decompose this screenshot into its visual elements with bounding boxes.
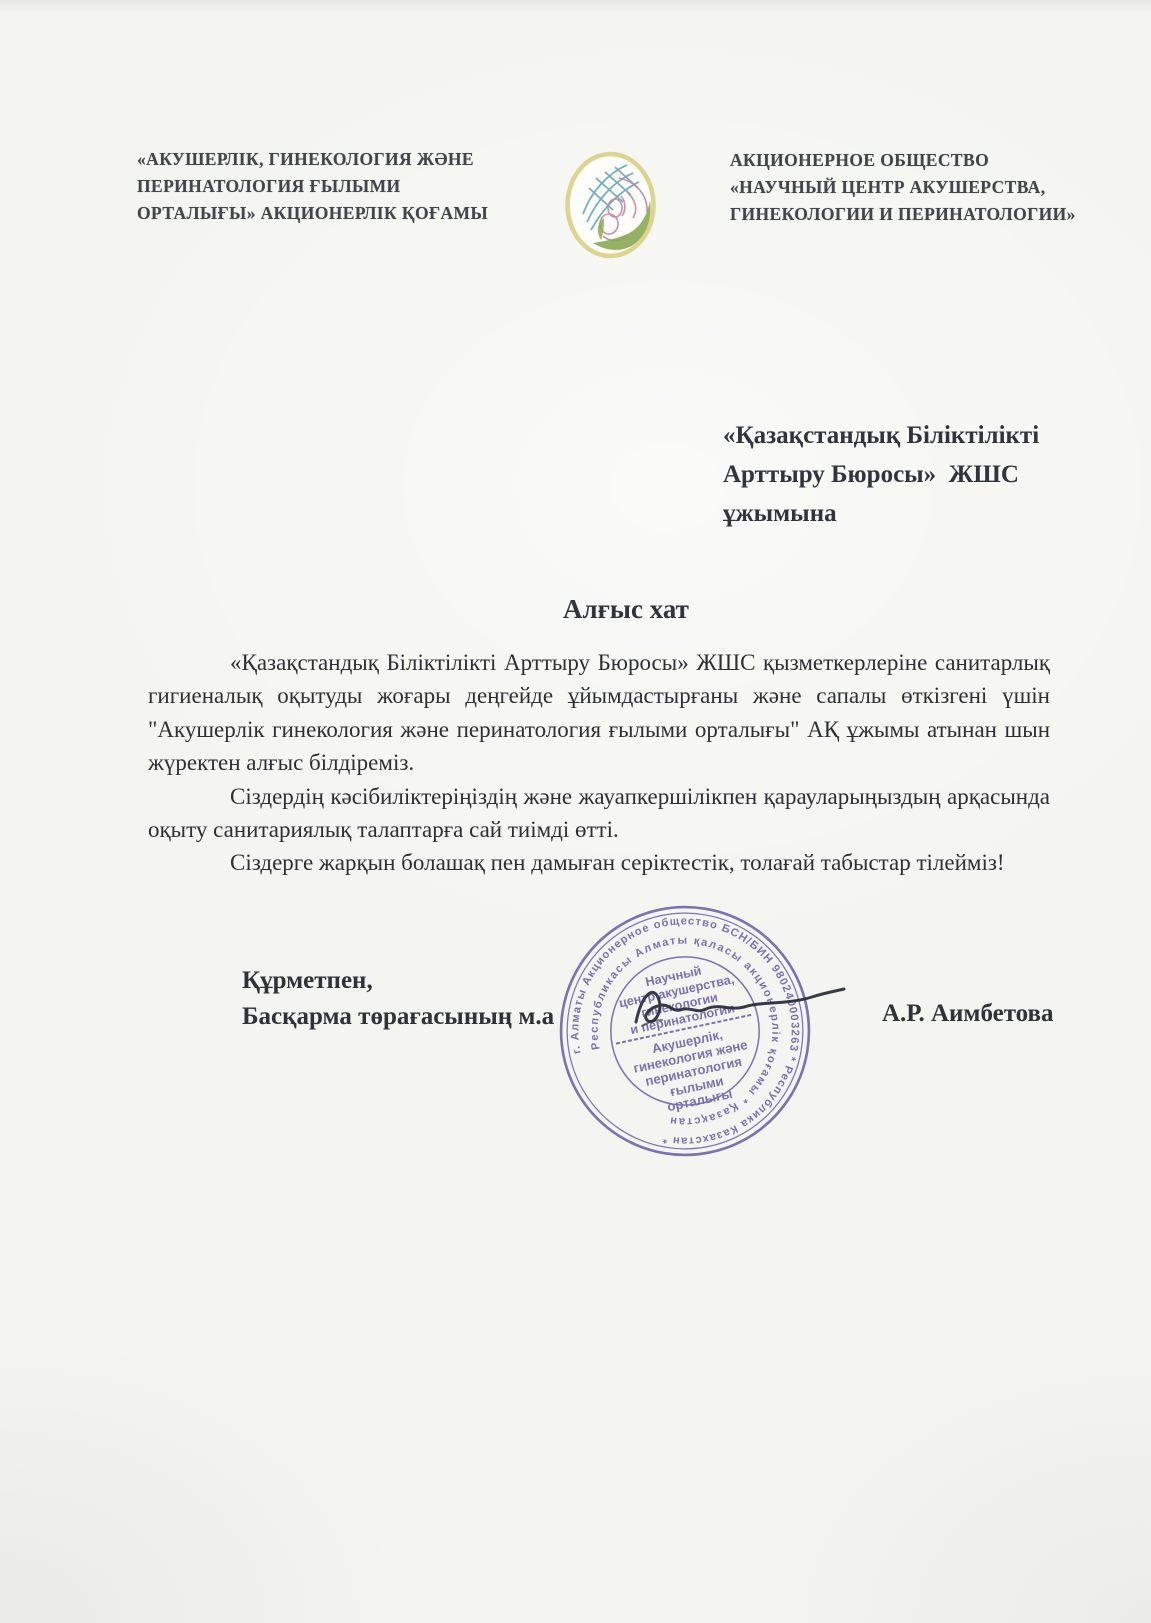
recipient-line: «Қазақстандық Біліктілікті <box>723 416 1039 455</box>
org-name-kazakh: «АКУШЕРЛІК, ГИНЕКОЛОГИЯ ЖӘНЕ ПЕРИНАТОЛОГ… <box>137 146 557 227</box>
letter-page: «АКУШЕРЛІК, ГИНЕКОЛОГИЯ ЖӘНЕ ПЕРИНАТОЛОГ… <box>0 0 1151 1623</box>
org-name-russian-line: АКЦИОНЕРНОЕ ОБЩЕСТВО <box>730 147 1130 174</box>
letter-title: Алғыс хат <box>563 594 689 625</box>
recipient-line: Арттыру Бюросы» ЖШС <box>723 455 1039 494</box>
recipient-block: «Қазақстандық Біліктілікті Арттыру Бюрос… <box>723 416 1039 533</box>
closing-salutation: Құрметпен, <box>242 963 554 999</box>
body-paragraph: Сіздерге жарқын болашақ пен дамыған сері… <box>148 846 1050 879</box>
recipient-line: ұжымына <box>723 494 1039 533</box>
letter-body: «Қазақстандық Біліктілікті Арттыру Бюрос… <box>148 646 1050 880</box>
org-name-russian-line: «НАУЧНЫЙ ЦЕНТР АКУШЕРСТВА, <box>730 174 1130 201</box>
org-name-russian-line: ГИНЕКОЛОГИИ И ПЕРИНАТОЛОГИИ» <box>730 201 1130 228</box>
body-paragraph: «Қазақстандық Біліктілікті Арттыру Бюрос… <box>148 646 1050 780</box>
closing-block: Құрметпен, Басқарма төрағасының м.а <box>242 963 554 1035</box>
signer-position: Басқарма төрағасының м.а <box>242 999 554 1035</box>
mother-child-wheat-logo-icon <box>563 150 658 260</box>
org-name-russian: АКЦИОНЕРНОЕ ОБЩЕСТВО «НАУЧНЫЙ ЦЕНТР АКУШ… <box>730 147 1130 228</box>
body-paragraph: Сіздердің кәсібиліктеріңіздің және жауап… <box>148 780 1050 847</box>
org-name-kazakh-line: ПЕРИНАТОЛОГИЯ ҒЫЛЫМИ <box>137 173 557 200</box>
org-name-kazakh-line: ОРТАЛЫҒЫ» АКЦИОНЕРЛІК ҚОҒАМЫ <box>137 200 557 227</box>
handwritten-signature <box>596 956 866 1056</box>
org-name-kazakh-line: «АКУШЕРЛІК, ГИНЕКОЛОГИЯ ЖӘНЕ <box>137 146 557 173</box>
signer-name: А.Р. Аимбетова <box>882 1000 1054 1028</box>
